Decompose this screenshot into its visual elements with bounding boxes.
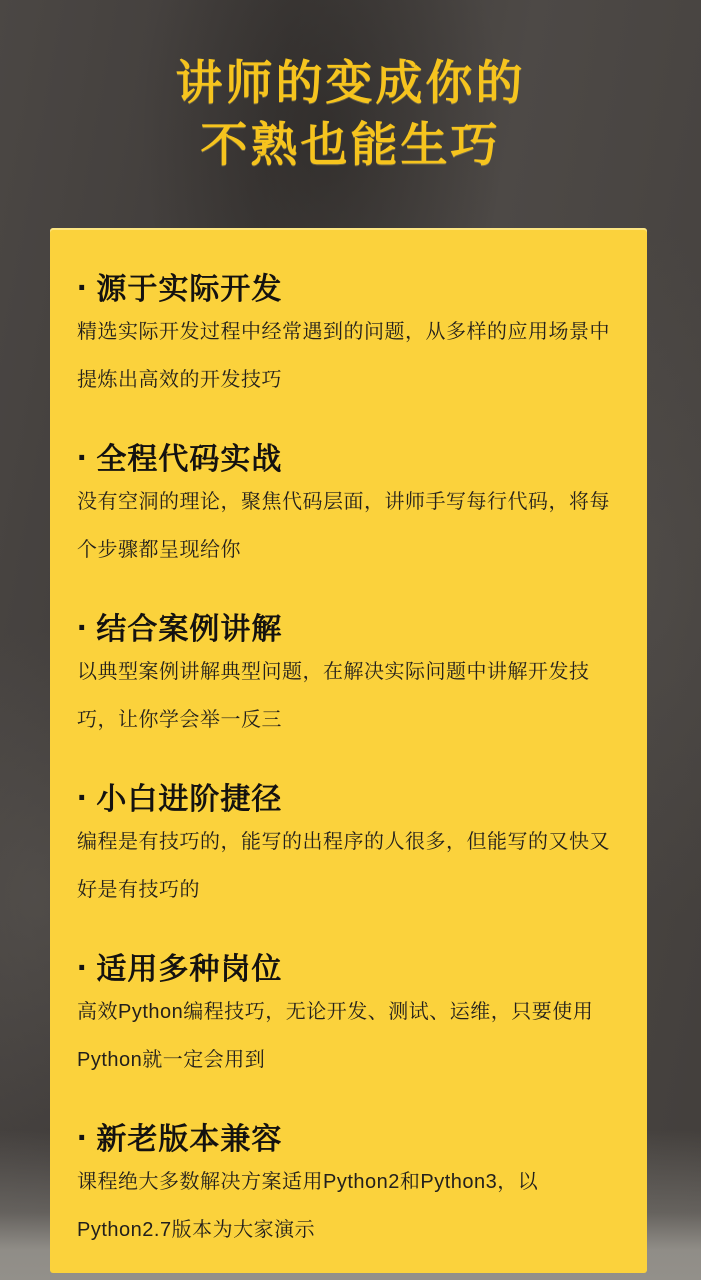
promo-page: 讲师的变成你的 不熟也能生巧 · 源于实际开发 精选实际开发过程中经常遇到的问题… [0,0,701,1280]
feature-section-practical-dev: · 源于实际开发 精选实际开发过程中经常遇到的问题，从多样的应用场景中提炼出高效… [77,272,620,404]
bullet-dot-icon: · [77,950,89,986]
title-line-2: 不熟也能生巧 [0,114,701,176]
page-title: 讲师的变成你的 不熟也能生巧 [0,52,701,176]
feature-section-beginner-shortcut: · 小白进阶捷径 编程是有技巧的，能写的出程序的人很多，但能写的又快又好是有技巧… [77,782,620,914]
features-card: · 源于实际开发 精选实际开发过程中经常遇到的问题，从多样的应用场景中提炼出高效… [50,228,647,1273]
feature-heading-text: 源于实际开发 [96,272,282,308]
bullet-dot-icon: · [77,270,89,306]
feature-description: 高效Python编程技巧，无论开发、测试、运维，只要使用Python就一定会用到 [77,988,620,1084]
title-line-1: 讲师的变成你的 [0,52,701,114]
feature-heading: · 小白进阶捷径 [77,782,620,818]
feature-description: 精选实际开发过程中经常遇到的问题，从多样的应用场景中提炼出高效的开发技巧 [77,308,620,404]
feature-section-code-combat: · 全程代码实战 没有空洞的理论，聚焦代码层面，讲师手写每行代码，将每个步骤都呈… [77,442,620,574]
feature-heading-text: 适用多种岗位 [96,952,282,988]
feature-section-multiple-roles: · 适用多种岗位 高效Python编程技巧，无论开发、测试、运维，只要使用Pyt… [77,952,620,1084]
feature-description: 编程是有技巧的，能写的出程序的人很多，但能写的又快又好是有技巧的 [77,818,620,914]
feature-heading: · 全程代码实战 [77,442,620,478]
feature-heading: · 适用多种岗位 [77,952,620,988]
bullet-dot-icon: · [77,780,89,816]
feature-heading-text: 结合案例讲解 [96,612,282,648]
feature-heading-text: 新老版本兼容 [96,1122,282,1158]
feature-description: 没有空洞的理论，聚焦代码层面，讲师手写每行代码，将每个步骤都呈现给你 [77,478,620,574]
feature-heading: · 源于实际开发 [77,272,620,308]
feature-heading-text: 全程代码实战 [96,442,282,478]
bullet-dot-icon: · [77,1120,89,1156]
bullet-dot-icon: · [77,440,89,476]
feature-section-case-studies: · 结合案例讲解 以典型案例讲解典型问题，在解决实际问题中讲解开发技巧，让你学会… [77,612,620,744]
feature-description: 课程绝大多数解决方案适用Python2和Python3，以Python2.7版本… [77,1158,620,1254]
feature-heading: · 新老版本兼容 [77,1122,620,1158]
bullet-dot-icon: · [77,610,89,646]
feature-description: 以典型案例讲解典型问题，在解决实际问题中讲解开发技巧，让你学会举一反三 [77,648,620,744]
feature-section-version-compat: · 新老版本兼容 课程绝大多数解决方案适用Python2和Python3，以Py… [77,1122,620,1254]
feature-heading: · 结合案例讲解 [77,612,620,648]
feature-heading-text: 小白进阶捷径 [96,782,282,818]
